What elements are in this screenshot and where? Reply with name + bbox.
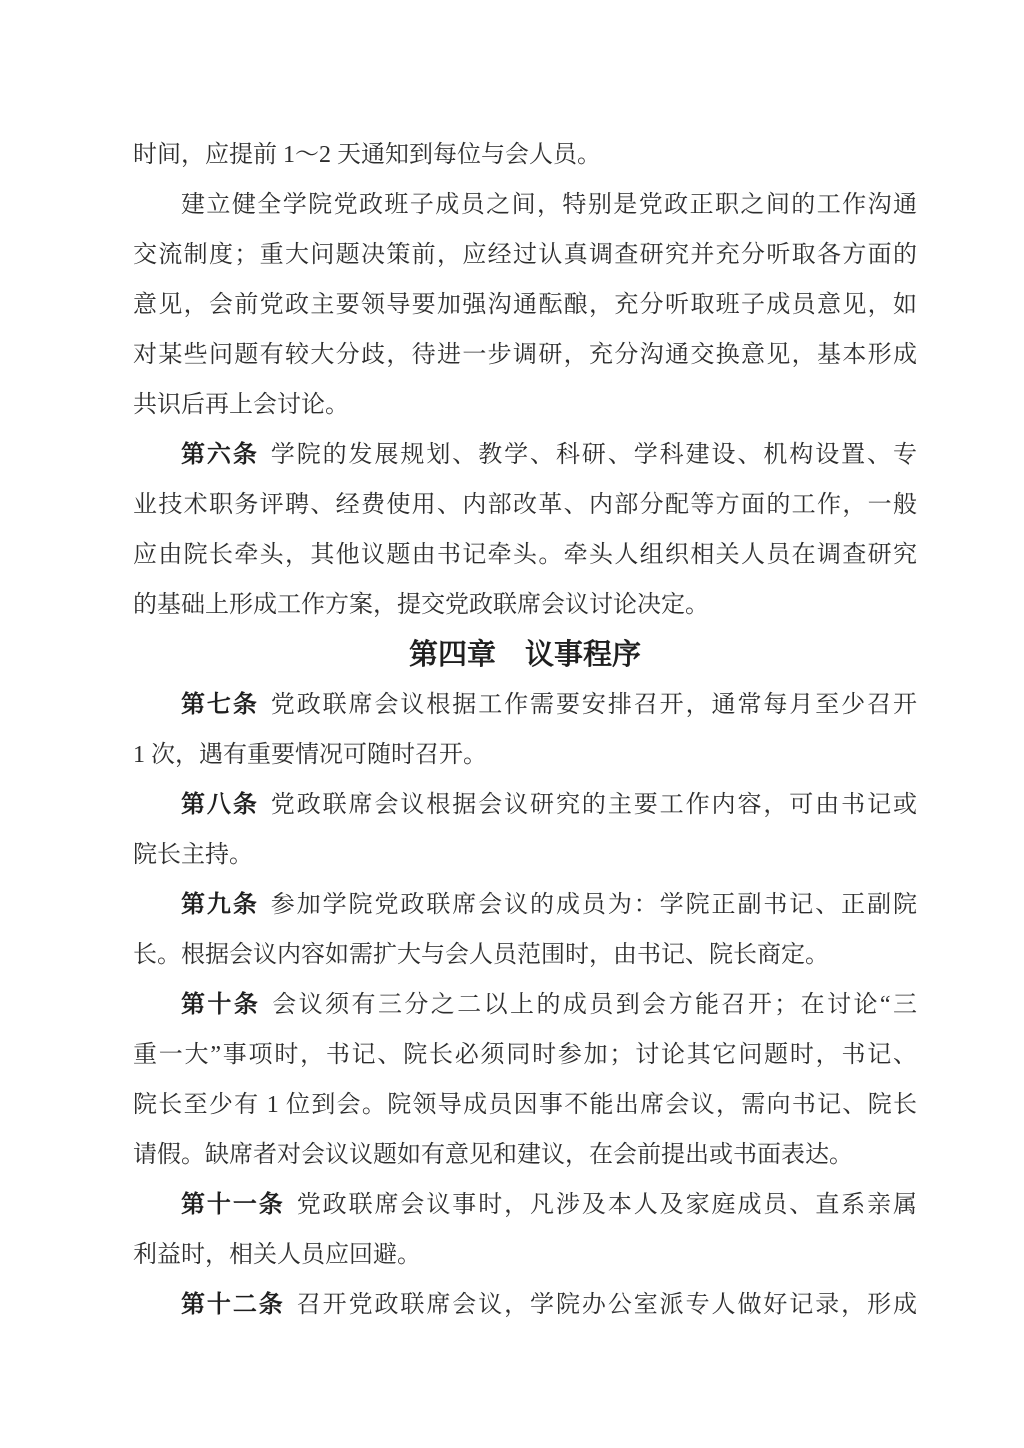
doc-line-article-8: 第八条党政联席会议根据会议研究的主要工作内容，可由书记或 [133, 780, 917, 830]
doc-line: 长。根据会议内容如需扩大与会人员范围时，由书记、院长商定。 [133, 930, 917, 980]
chapter-heading: 第四章 议事程序 [133, 630, 917, 680]
doc-line: 意见，会前党政主要领导要加强沟通酝酿，充分听取班子成员意见，如 [133, 280, 917, 330]
line-text: 召开党政联席会议，学院办公室派专人做好记录，形成 [297, 1292, 917, 1318]
doc-line: 院长主持。 [133, 830, 917, 880]
line-text: 交流制度；重大问题决策前，应经过认真调查研究并充分听取各方面的 [133, 242, 917, 268]
doc-line-article-10: 第十条会议须有三分之二以上的成员到会方能召开；在讨论“三 [133, 980, 917, 1030]
doc-line: 利益时，相关人员应回避。 [133, 1230, 917, 1280]
document-page: 时间，应提前 1～2 天通知到每位与会人员。 建立健全学院党政班子成员之间，特别… [0, 0, 1024, 1448]
doc-line: 时间，应提前 1～2 天通知到每位与会人员。 [133, 130, 917, 180]
line-text: 参加学院党政联席会议的成员为：学院正副书记、正副院 [271, 892, 917, 918]
line-text: 长。根据会议内容如需扩大与会人员范围时，由书记、院长商定。 [133, 942, 829, 968]
chapter-heading-text: 第四章 议事程序 [409, 639, 641, 671]
line-text: 共识后再上会讨论。 [133, 392, 349, 418]
article-number-label: 第八条 [181, 792, 259, 818]
line-text: 学院的发展规划、教学、科研、学科建设、机构设置、专 [271, 442, 917, 468]
doc-line: 请假。缺席者对会议议题如有意见和建议，在会前提出或书面表达。 [133, 1130, 917, 1180]
line-text: 对某些问题有较大分歧，待进一步调研，充分沟通交换意见，基本形成 [133, 342, 917, 368]
line-text: 意见，会前党政主要领导要加强沟通酝酿，充分听取班子成员意见，如 [133, 292, 917, 318]
line-text: 党政联席会议事时，凡涉及本人及家庭成员、直系亲属 [297, 1192, 917, 1218]
document-text-block: 时间，应提前 1～2 天通知到每位与会人员。 建立健全学院党政班子成员之间，特别… [133, 130, 917, 1330]
line-text: 时间，应提前 1～2 天通知到每位与会人员。 [133, 142, 601, 168]
line-text: 院长主持。 [133, 842, 253, 868]
line-text: 党政联席会议根据工作需要安排召开，通常每月至少召开 [271, 692, 917, 718]
line-text: 的基础上形成工作方案，提交党政联席会议讨论决定。 [133, 592, 709, 618]
line-text: 请假。缺席者对会议议题如有意见和建议，在会前提出或书面表达。 [133, 1142, 853, 1168]
line-text: 建立健全学院党政班子成员之间，特别是党政正职之间的工作沟通 [181, 192, 917, 218]
line-text: 利益时，相关人员应回避。 [133, 1242, 421, 1268]
doc-line: 业技术职务评聘、经费使用、内部改革、内部分配等方面的工作，一般 [133, 480, 917, 530]
doc-line: 1 次，遇有重要情况可随时召开。 [133, 730, 917, 780]
line-text: 会议须有三分之二以上的成员到会方能召开；在讨论“三 [272, 992, 917, 1018]
doc-line: 重一大”事项时，书记、院长必须同时参加；讨论其它问题时，书记、 [133, 1030, 917, 1080]
line-text: 重一大”事项时，书记、院长必须同时参加；讨论其它问题时，书记、 [133, 1042, 917, 1068]
article-number-label: 第九条 [181, 892, 259, 918]
doc-line-article-9: 第九条参加学院党政联席会议的成员为：学院正副书记、正副院 [133, 880, 917, 930]
doc-line-article-6: 第六条学院的发展规划、教学、科研、学科建设、机构设置、专 [133, 430, 917, 480]
doc-line: 应由院长牵头，其他议题由书记牵头。牵头人组织相关人员在调查研究 [133, 530, 917, 580]
doc-line: 院长至少有 1 位到会。院领导成员因事不能出席会议，需向书记、院长 [133, 1080, 917, 1130]
doc-line: 建立健全学院党政班子成员之间，特别是党政正职之间的工作沟通 [133, 180, 917, 230]
line-text: 党政联席会议根据会议研究的主要工作内容，可由书记或 [271, 792, 917, 818]
doc-line-article-11: 第十一条党政联席会议事时，凡涉及本人及家庭成员、直系亲属 [133, 1180, 917, 1230]
doc-line-article-12: 第十二条召开党政联席会议，学院办公室派专人做好记录，形成 [133, 1280, 917, 1330]
doc-line: 对某些问题有较大分歧，待进一步调研，充分沟通交换意见，基本形成 [133, 330, 917, 380]
doc-line: 共识后再上会讨论。 [133, 380, 917, 430]
line-text: 1 次，遇有重要情况可随时召开。 [133, 742, 487, 768]
line-text: 应由院长牵头，其他议题由书记牵头。牵头人组织相关人员在调查研究 [133, 542, 917, 568]
article-number-label: 第十一条 [181, 1192, 285, 1218]
article-number-label: 第六条 [181, 442, 259, 468]
article-number-label: 第十二条 [181, 1292, 285, 1318]
article-number-label: 第七条 [181, 692, 259, 718]
article-number-label: 第十条 [181, 992, 260, 1018]
line-text: 院长至少有 1 位到会。院领导成员因事不能出席会议，需向书记、院长 [133, 1092, 917, 1118]
doc-line-article-7: 第七条党政联席会议根据工作需要安排召开，通常每月至少召开 [133, 680, 917, 730]
line-text: 业技术职务评聘、经费使用、内部改革、内部分配等方面的工作，一般 [133, 492, 917, 518]
doc-line: 交流制度；重大问题决策前，应经过认真调查研究并充分听取各方面的 [133, 230, 917, 280]
doc-line: 的基础上形成工作方案，提交党政联席会议讨论决定。 [133, 580, 917, 630]
